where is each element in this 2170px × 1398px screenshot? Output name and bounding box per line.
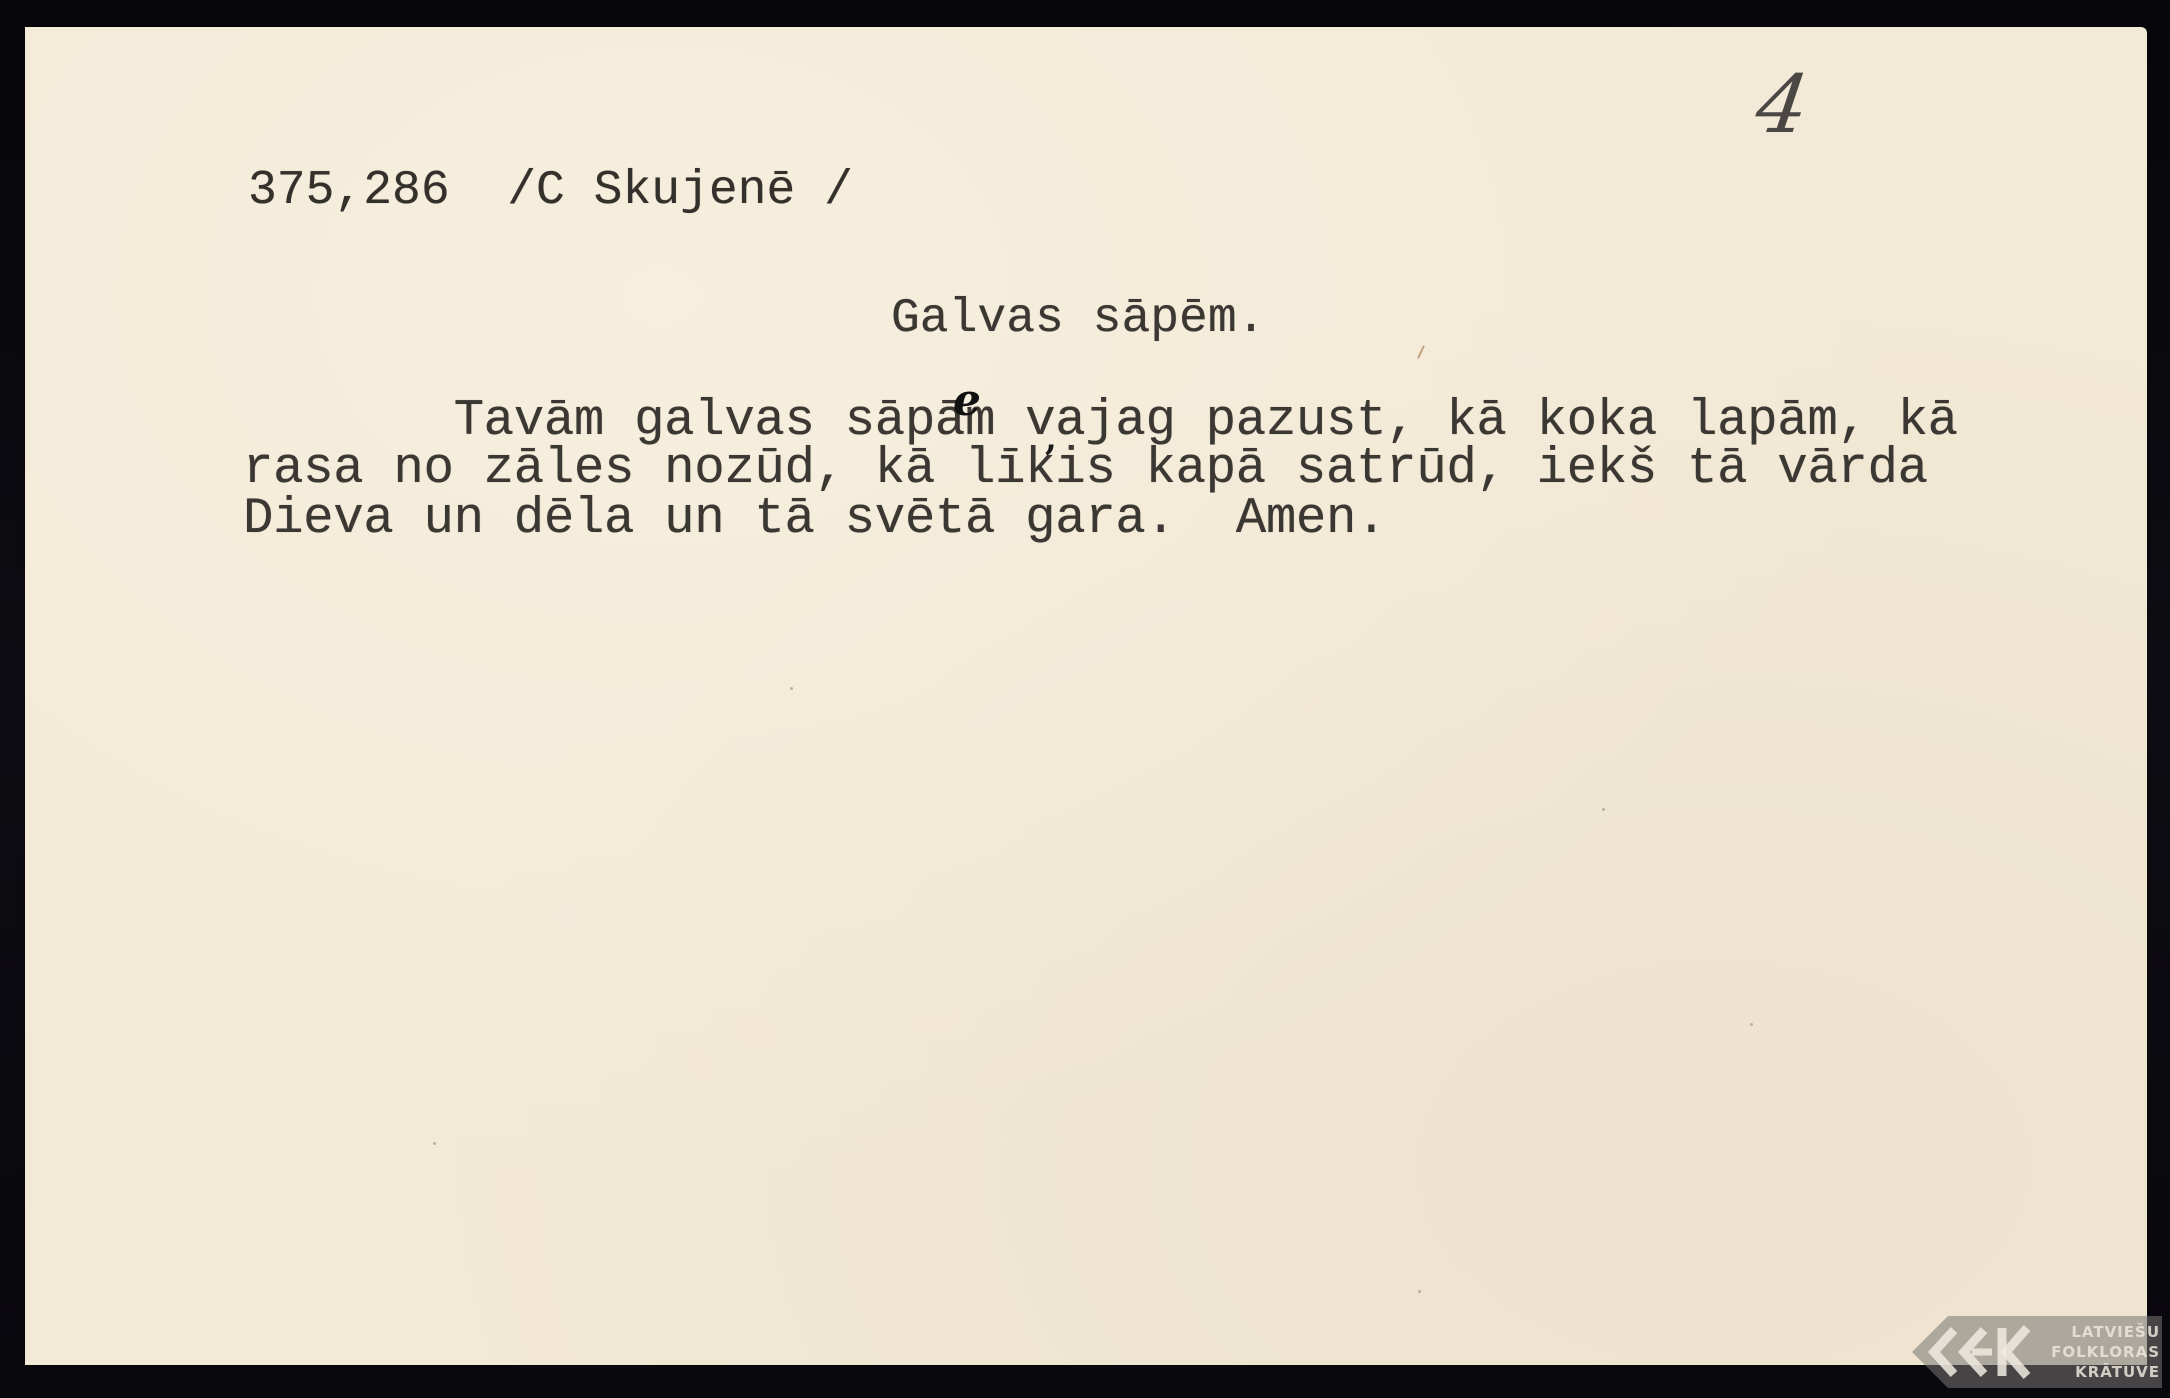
scan-frame: 4 375,286 /C Skujenē / Galvas sāpēm. Tav… xyxy=(0,0,2170,1398)
card-title: Galvas sāpēm. xyxy=(891,295,1265,343)
body-line-3: Dieva un dēla un tā svētā gara. Amen. xyxy=(243,495,1386,546)
watermark-line-2: FOLKLORAS xyxy=(2032,1342,2160,1362)
paper-fiber-mark xyxy=(1417,345,1425,359)
handwritten-page-number: 4 xyxy=(1751,65,1813,145)
reference-line: 375,286 /C Skujenē / xyxy=(248,167,853,215)
watermark-line-3: KRĀTUVE xyxy=(2032,1362,2160,1382)
paper-speck xyxy=(790,687,793,690)
index-card: 4 375,286 /C Skujenē / Galvas sāpēm. Tav… xyxy=(25,27,2147,1365)
handwritten-correction-e: e xyxy=(953,379,981,423)
paper-speck xyxy=(433,1142,436,1145)
body-line-2: rasa no zāles nozūd, kā līkis kapā satrū… xyxy=(243,445,1928,496)
paper-speck xyxy=(1602,808,1605,811)
archive-watermark-logo: LATVIEŠU FOLKLORAS KRĀTUVE xyxy=(1912,1316,2162,1388)
watermark-line-1: LATVIEŠU xyxy=(2032,1322,2160,1342)
paper-speck xyxy=(1750,1023,1753,1026)
paper-speck xyxy=(1418,1290,1421,1293)
handwritten-cedilla-mark: , xyxy=(1045,422,1057,456)
watermark-text: LATVIEŠU FOLKLORAS KRĀTUVE xyxy=(2032,1322,2160,1382)
